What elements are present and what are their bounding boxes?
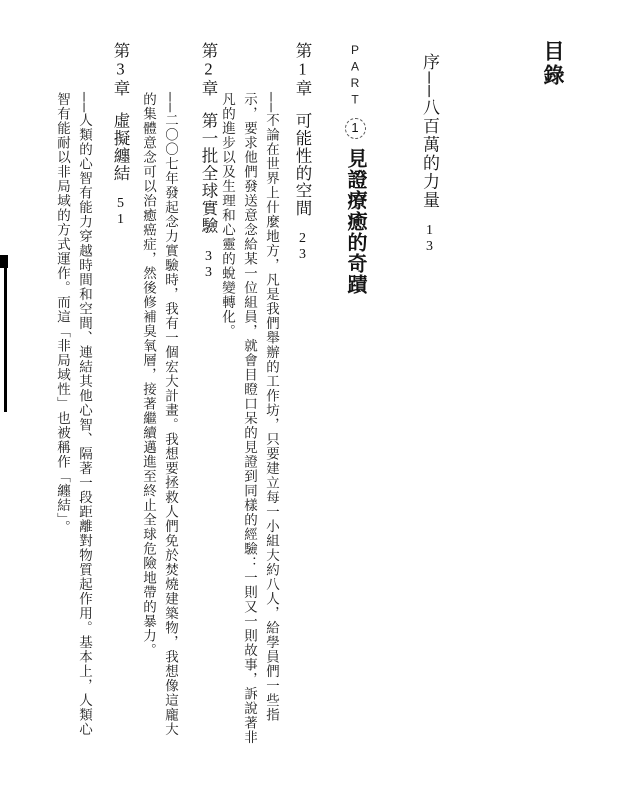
chapter-3-number: 第3章	[111, 42, 130, 97]
scan-artifact-line	[4, 262, 7, 412]
chapter-2-heading: 第2章第一批全球實驗33	[196, 42, 220, 281]
chapter-2-title: 第一批全球實驗	[196, 112, 220, 235]
chapter-2-description: ──二〇〇七年發起念力實驗時，我有一個宏大計畫。我想要拯救人們免於焚燒建築物，我…	[137, 92, 181, 748]
preface-entry: 序──八百萬的力量13	[417, 53, 442, 255]
circled-one-icon: 1	[345, 118, 366, 139]
chapter-3-heading: 第3章虛擬纏結51	[108, 42, 132, 228]
chapter-3-description: ──人類的心智有能力穿越時間和空間、連結其他心智、隔著一段距離對物質起作用。基本…	[51, 92, 95, 748]
part-title: 見證療癒的奇蹟	[341, 148, 370, 295]
chapter-1-number: 第1章	[293, 42, 312, 97]
preface-label: 序──八百萬的力量	[420, 53, 439, 210]
chapter-3-page-number: 51	[112, 196, 128, 228]
chapter-1-page-number: 23	[294, 231, 310, 263]
chapter-1-description: ──不論在世界上什麼地方，凡是我們舉辦的工作坊，只要建立每一小組大約八人，給學員…	[216, 92, 282, 748]
part-prefix-label: PART	[348, 43, 362, 109]
chapter-1-heading: 第1章可能性的空間23	[290, 42, 314, 263]
chapter-2-number: 第2章	[199, 42, 218, 97]
chapter-1-title: 可能性的空間	[290, 112, 314, 217]
part-heading: PART1見證療癒的奇蹟	[341, 43, 370, 295]
book-toc-page: 目錄 序──八百萬的力量13 PART1見證療癒的奇蹟 第1章可能性的空間23 …	[0, 0, 619, 801]
chapter-2-page-number: 33	[200, 249, 216, 281]
chapter-3-title: 虛擬纏結	[108, 112, 132, 182]
preface-page-number: 13	[421, 223, 437, 255]
page-title: 目錄	[538, 40, 568, 88]
